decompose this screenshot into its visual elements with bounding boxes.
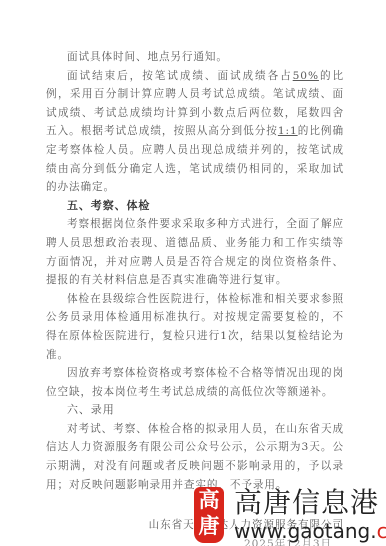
ratio-50-percent: 50% bbox=[293, 70, 319, 82]
paragraph-score-calculation: 面试结束后，按笔试成绩、面试成绩各占50%的比例，采用百分制计算应聘人员考试总成… bbox=[46, 67, 344, 197]
seal-icon: 高 唐 bbox=[194, 487, 224, 543]
watermark-url: www.gaotang.cc bbox=[234, 520, 386, 542]
paragraph-vacancy-fill: 因放弃考察体检资格或考察体检不合格等情况出现的岗位空缺，按本岗位考生考试总成绩的… bbox=[46, 364, 344, 401]
document-body: 面试具体时间、地点另行通知。 面试结束后，按笔试成绩、面试成绩各占50%的比例，… bbox=[46, 48, 344, 546]
heading-section-6: 六、录用 bbox=[46, 401, 344, 420]
heading-section-5: 五、考察、体检 bbox=[46, 197, 344, 216]
paragraph-hiring: 对考试、考察、体检合格的拟录用人员，在山东省天成信达人力资源服务有限公司公众号公… bbox=[46, 420, 344, 494]
watermark-logo: 高 唐 高唐信息港 www.gaotang.cc bbox=[194, 487, 384, 543]
watermark-title: 高唐信息港 bbox=[234, 487, 379, 519]
paragraph-interview-notice: 面试具体时间、地点另行通知。 bbox=[46, 48, 344, 67]
ratio-1-to-1: 1:1 bbox=[278, 125, 298, 137]
paragraph-inspection: 考察根据岗位条件要求采取多种方式进行，全面了解应聘人员思想政治表现、道德品质、业… bbox=[46, 215, 344, 289]
paragraph-medical-exam: 体检在县级综合性医院进行，体检标准和相关要求参照公务员录用体检通用标准执行。对按… bbox=[46, 290, 344, 364]
